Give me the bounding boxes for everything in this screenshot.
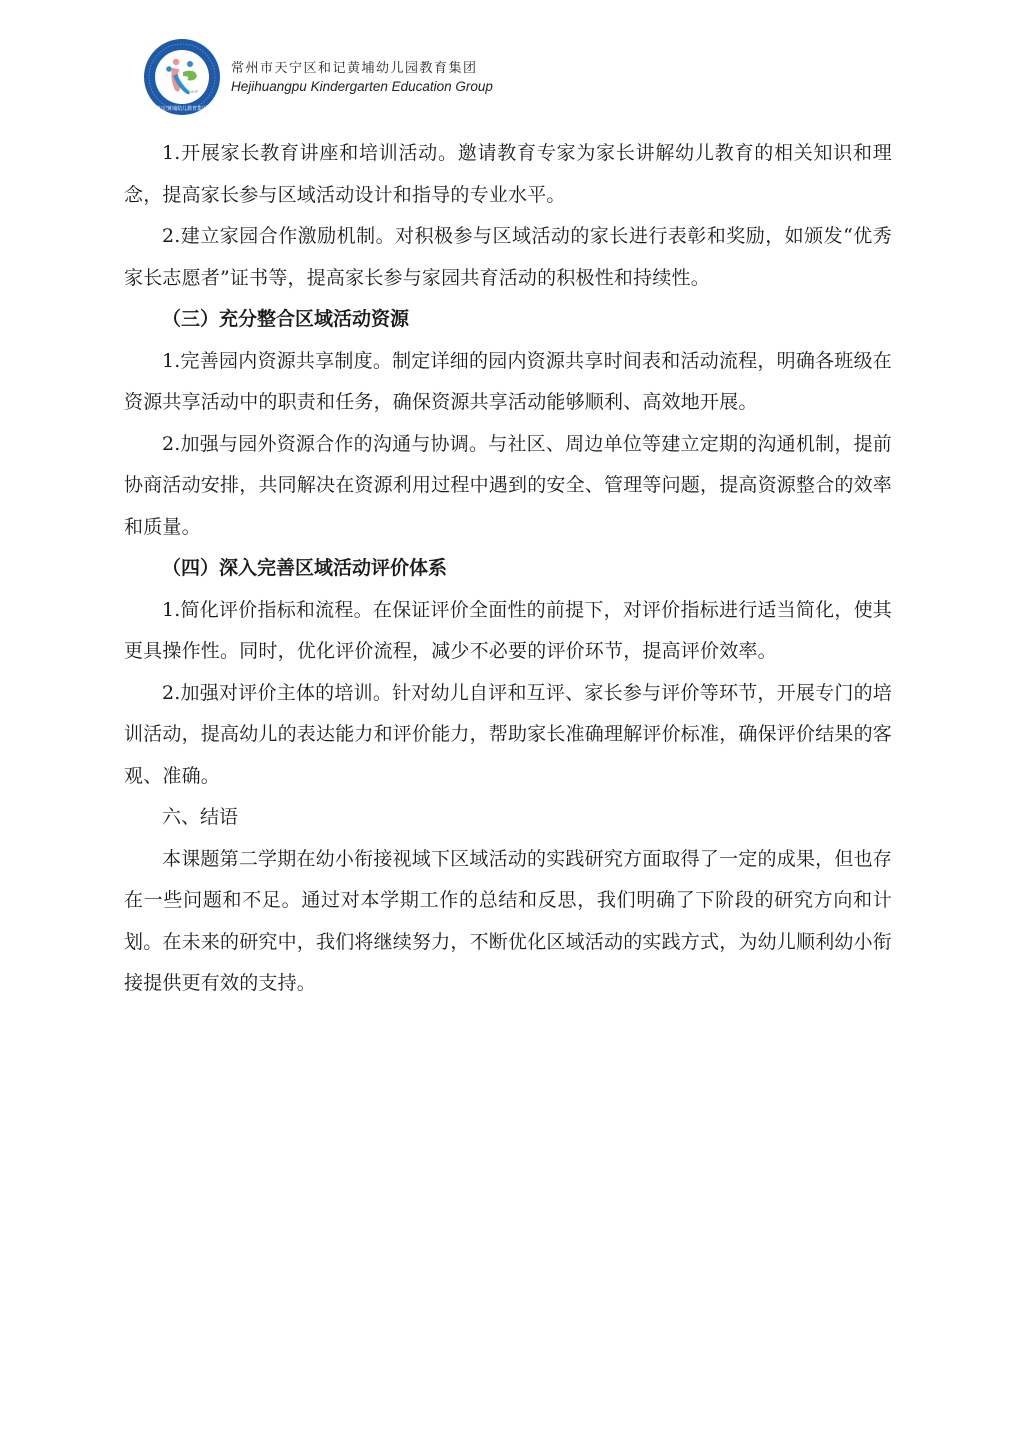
paragraph-external-cooperation: 2.加强与园外资源合作的沟通与协调。与社区、周边单位等建立定期的沟通机制，提前协… [124, 424, 892, 549]
document-body: 1.开展家长教育讲座和培训活动。邀请教育专家为家长讲解幼儿教育的相关知识和理念，… [124, 133, 892, 1005]
org-name-english: Hejihuangpu Kindergarten Education Group [231, 78, 493, 96]
paragraph-resource-sharing: 1.完善园内资源共享制度。制定详细的园内资源共享时间表和活动流程，明确各班级在资… [124, 341, 892, 424]
svg-text:和记黄埔幼儿教育集团: 和记黄埔幼儿教育集团 [157, 105, 207, 112]
paragraph-conclusion: 本课题第二学期在幼小衔接视域下区域活动的实践研究方面取得了一定的成果，但也存在一… [124, 839, 892, 1005]
paragraph-incentive-mechanism: 2.建立家园合作激励机制。对积极参与区域活动的家长进行表彰和奖励，如颁发“优秀家… [124, 216, 892, 299]
heading-conclusion: 六、结语 [124, 797, 892, 839]
paragraph-simplify-evaluation: 1.简化评价指标和流程。在保证评价全面性的前提下，对评价指标进行适当简化，使其更… [124, 590, 892, 673]
heading-evaluation-system: （四）深入完善区域活动评价体系 [124, 548, 892, 590]
letterhead: HJHP 和记黄埔幼儿教育集团 常州市天宁区和记黄埔幼儿园教育集团 Hejihu… [143, 37, 493, 117]
heading-integrate-resources: （三）充分整合区域活动资源 [124, 299, 892, 341]
kindergarten-logo-icon: HJHP 和记黄埔幼儿教育集团 [143, 38, 221, 116]
paragraph-parent-lectures: 1.开展家长教育讲座和培训活动。邀请教育专家为家长讲解幼儿教育的相关知识和理念，… [124, 133, 892, 216]
svg-text:HJHP: HJHP [189, 90, 199, 94]
org-name-chinese: 常州市天宁区和记黄埔幼儿园教育集团 [231, 60, 493, 78]
paragraph-evaluator-training: 2.加强对评价主体的培训。针对幼儿自评和互评、家长参与评价等环节，开展专门的培训… [124, 673, 892, 798]
